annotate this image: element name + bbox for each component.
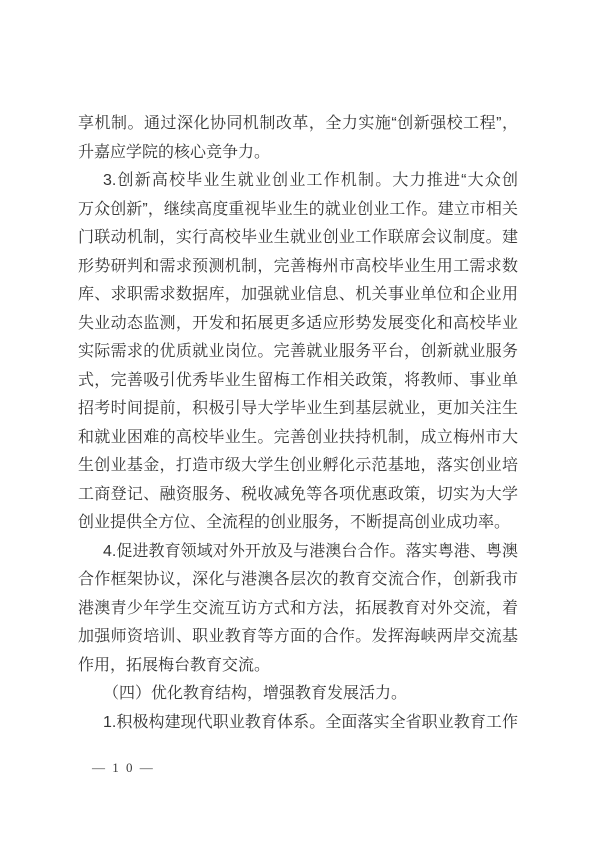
- text-line: 3.创新高校毕业生就业创业工作机制。大力推进“大众创业、: [78, 167, 518, 196]
- text-line: 4.促进教育领域对外开放及与港澳台合作。落实粤港、粤澳: [78, 538, 518, 567]
- text-line: 万众创新”，继续高度重视毕业生的就业创业工作。建立市相关部: [78, 196, 518, 225]
- text-line: 港澳青少年学生交流互访方式和方法，拓展教育对外交流，着力: [78, 595, 518, 624]
- text-line: 招考时间提前，积极引导大学毕业生到基层就业，更加关注生活: [78, 395, 518, 424]
- document-page: 享机制。通过深化协同机制改革，全力实施“创新强校工程”，提 升嘉应学院的核心竞争…: [0, 0, 595, 842]
- text-line: 失业动态监测，开发和拓展更多适应形势发展变化和高校毕业生: [78, 310, 518, 339]
- text-line: 享机制。通过深化协同机制改革，全力实施“创新强校工程”，提: [78, 110, 518, 139]
- section-heading-line: （四）优化教育结构，增强教育发展活力。: [78, 680, 518, 709]
- text-line: 合作框架协议，深化与港澳各层次的教育交流合作，创新我市与: [78, 566, 518, 595]
- page-number: — 1 0 —: [92, 760, 155, 776]
- document-body: 享机制。通过深化协同机制改革，全力实施“创新强校工程”，提 升嘉应学院的核心竞争…: [78, 110, 518, 737]
- text-line: 和就业困难的高校毕业生。完善创业扶持机制，成立梅州市大学: [78, 424, 518, 453]
- text-line: 1.积极构建现代职业教育体系。全面落实全省职业教育工作: [78, 709, 518, 738]
- text-line: 实际需求的优质就业岗位。完善就业服务平台，创新就业服务模: [78, 338, 518, 367]
- text-line: 创业提供全方位、全流程的创业服务，不断提高创业成功率。: [78, 509, 518, 538]
- text-line: 生创业基金，打造市级大学生创业孵化示范基地，落实创业培训、: [78, 452, 518, 481]
- text-line: 作用，拓展梅台教育交流。: [78, 652, 518, 681]
- text-line: 工商登记、融资服务、税收减免等各项优惠政策，切实为大学生: [78, 481, 518, 510]
- text-line: 加强师资培训、职业教育等方面的合作。发挥海峡两岸交流基地: [78, 623, 518, 652]
- text-line: 式，完善吸引优秀毕业生留梅工作相关政策，将教师、事业单位: [78, 367, 518, 396]
- text-line: 形势研判和需求预测机制，完善梅州市高校毕业生用工需求数据: [78, 253, 518, 282]
- text-line: 升嘉应学院的核心竞争力。: [78, 139, 518, 168]
- text-line: 库、求职需求数据库，加强就业信息、机关事业单位和企业用工、: [78, 281, 518, 310]
- text-line: 门联动机制，实行高校毕业生就业创业工作联席会议制度。建立: [78, 224, 518, 253]
